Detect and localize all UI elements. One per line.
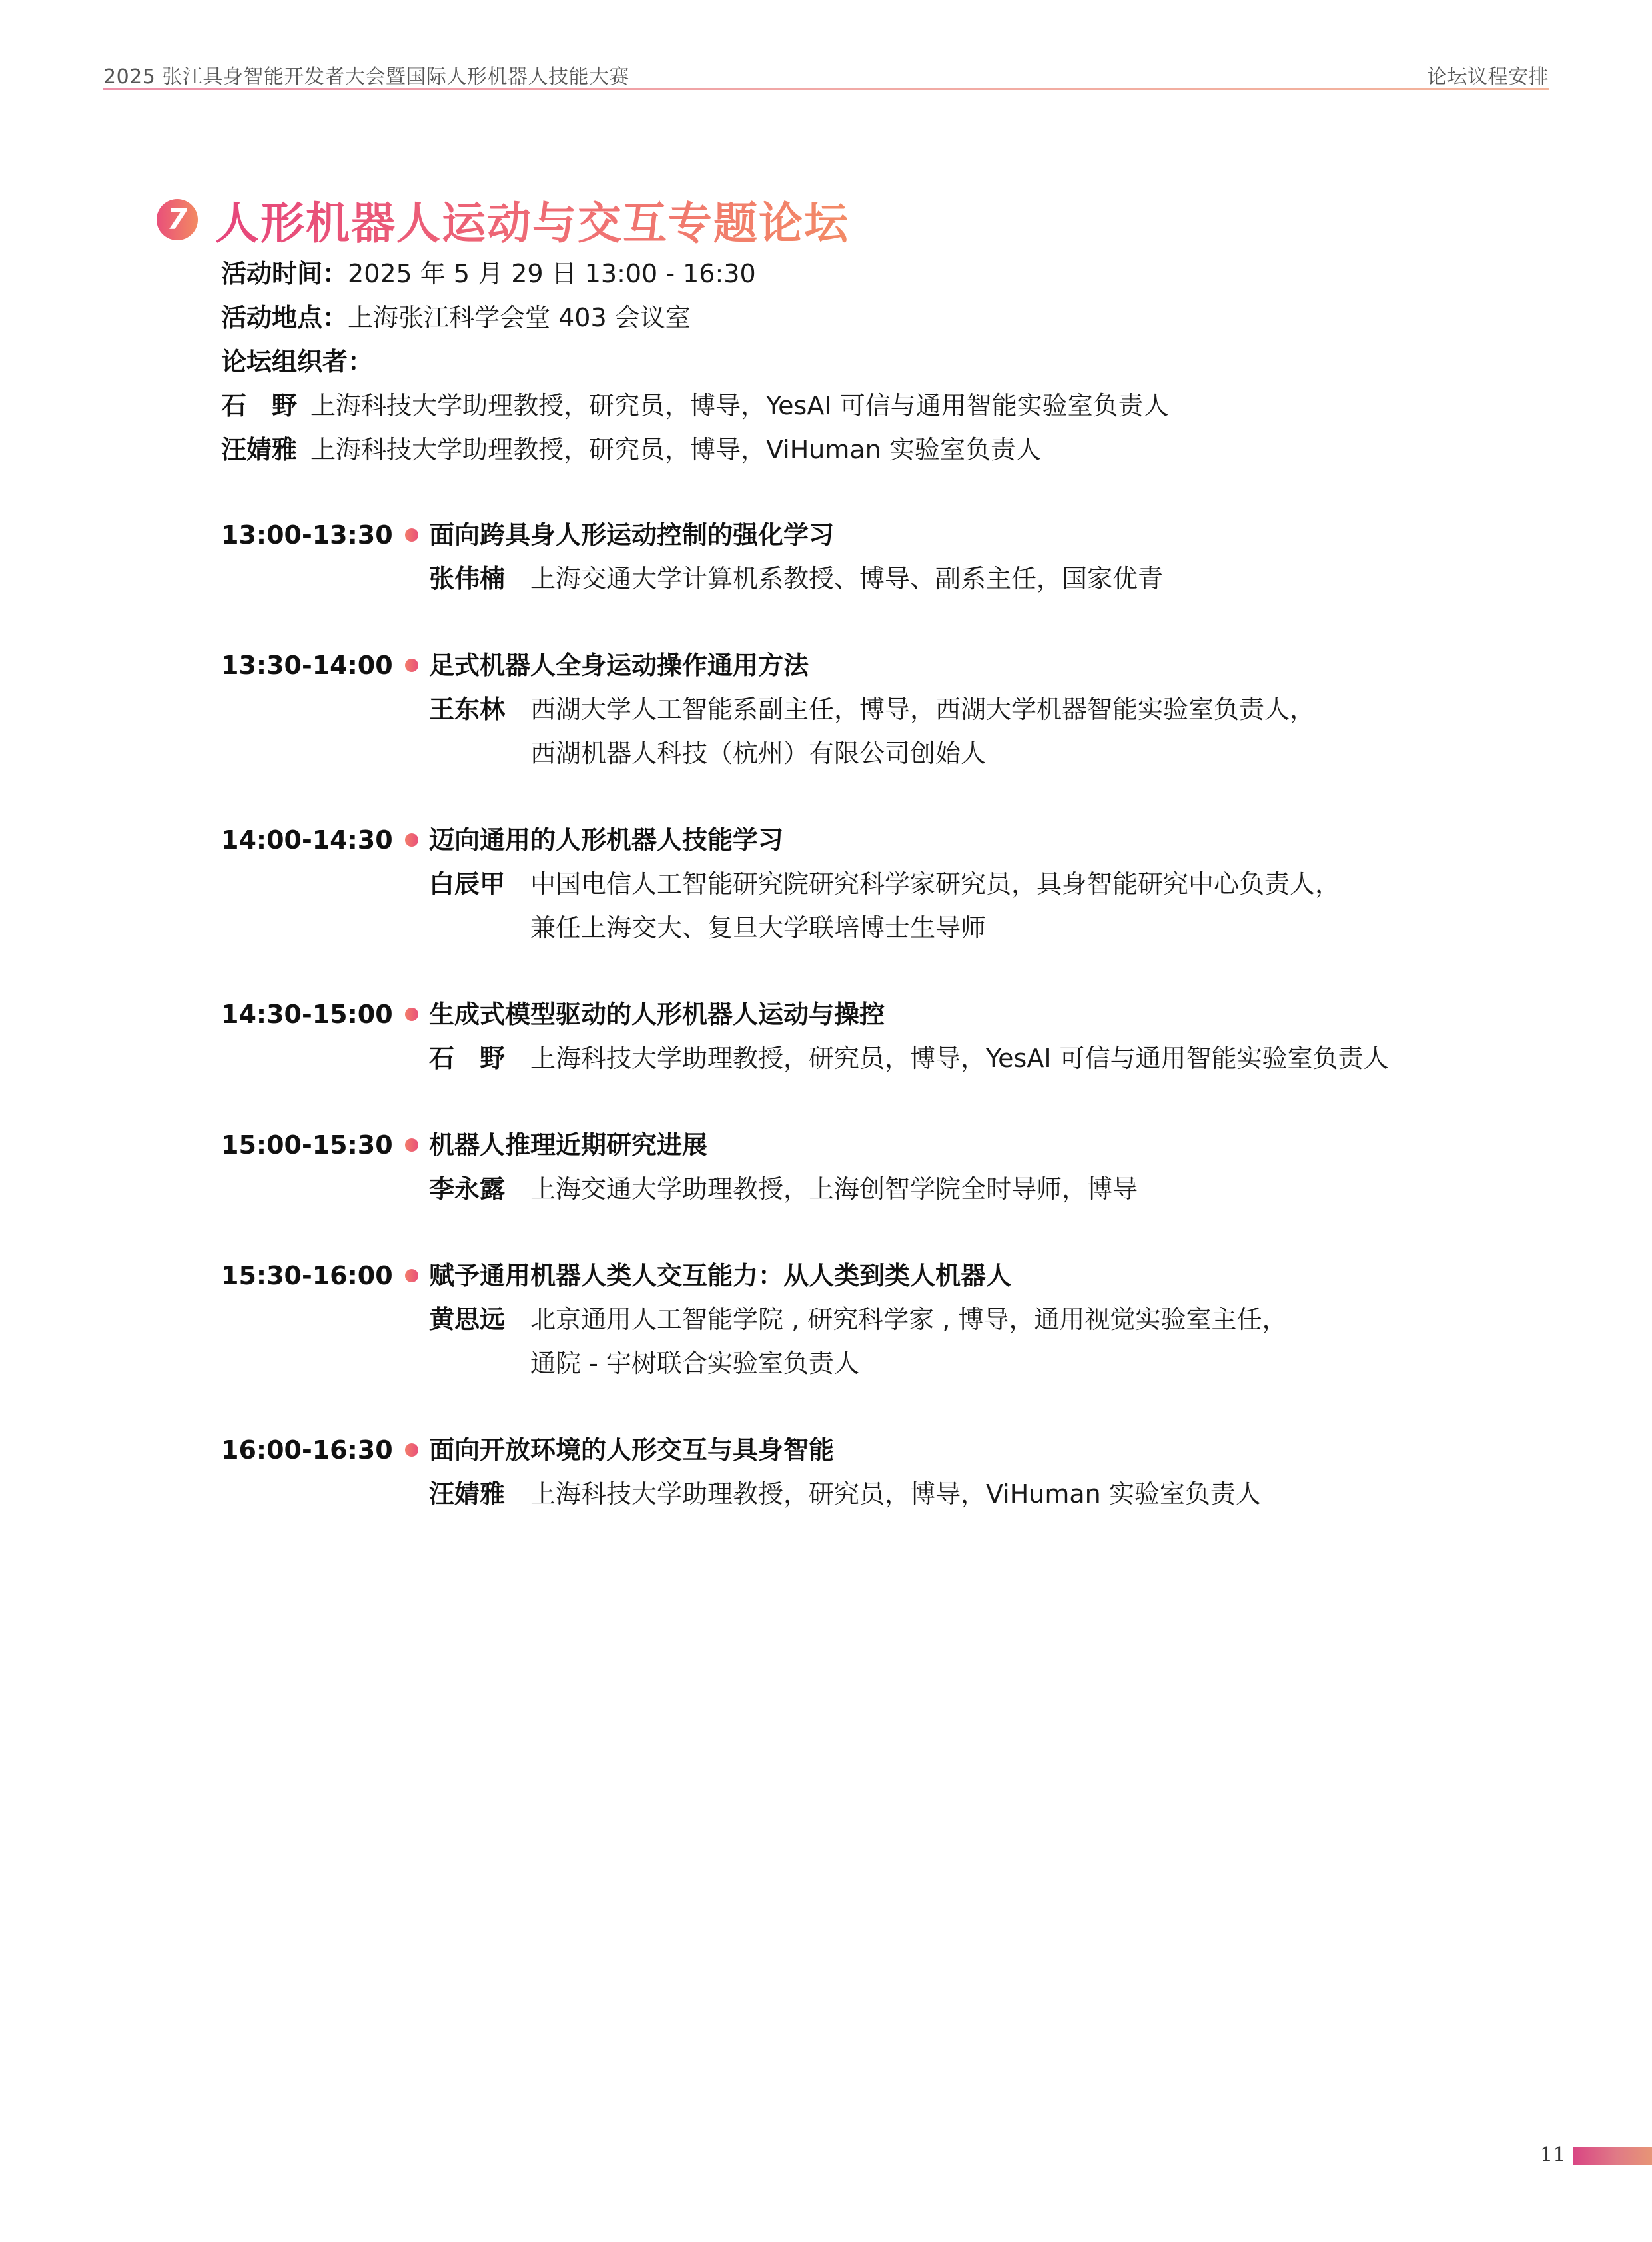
talk-title: 生成式模型驱动的人形机器人运动与操控 <box>429 992 1540 1036</box>
organizer-item: 石 野上海科技大学助理教授，研究员，博导，YesAI 可信与通用智能实验室负责人 <box>221 384 1169 428</box>
event-time-value: 2025 年 5 月 29 日 13:00 - 16:30 <box>348 259 756 288</box>
event-location-label: 活动地点： <box>221 303 348 332</box>
speaker: 张伟楠 上海交通大学计算机系教授、博导、副系主任，国家优青 <box>429 557 1540 601</box>
agenda-item: 15:30-16:00 赋予通用机器人类人交互能力：从人类到类人机器人 黄思远 … <box>221 1254 1540 1385</box>
section-label: 论坛议程安排 <box>1427 60 1549 89</box>
forum-info: 活动时间：2025 年 5 月 29 日 13:00 - 16:30 活动地点：… <box>221 252 1169 472</box>
agenda-item: 16:00-16:30 面向开放环境的人形交互与具身智能 汪婧雅 上海科技大学助… <box>221 1428 1540 1516</box>
speaker: 黄思远 北京通用人工智能学院 , 研究科学家 , 博导，通用视觉实验室主任， 通… <box>429 1298 1540 1385</box>
speaker-desc-line: 通院 - 宇树联合实验室负责人 <box>530 1341 1540 1385</box>
speaker-desc-line: 西湖机器人科技（杭州）有限公司创始人 <box>530 731 1540 775</box>
speaker-desc: 中国电信人工智能研究院研究科学家研究员，具身智能研究中心负责人， 兼任上海交大、… <box>530 862 1540 950</box>
speaker: 白辰甲 中国电信人工智能研究院研究科学家研究员，具身智能研究中心负责人， 兼任上… <box>429 862 1540 950</box>
speaker-desc-line: 北京通用人工智能学院 , 研究科学家 , 博导，通用视觉实验室主任， <box>530 1298 1540 1341</box>
speaker-desc-line: 西湖大学人工智能系副主任，博导，西湖大学机器智能实验室负责人， <box>530 687 1540 731</box>
page-header: 2025 张江具身智能开发者大会暨国际人形机器人技能大赛 论坛议程安排 <box>103 52 1549 89</box>
conference-title: 2025 张江具身智能开发者大会暨国际人形机器人技能大赛 <box>103 60 629 89</box>
section-title: 7 人形机器人运动与交互专题论坛 <box>157 188 849 251</box>
organizer-desc: 上海科技大学助理教授，研究员，博导，ViHuman 实验室负责人 <box>310 435 1041 464</box>
organizer-item: 汪婧雅上海科技大学助理教授，研究员，博导，ViHuman 实验室负责人 <box>221 428 1169 472</box>
speaker-desc: 上海交通大学助理教授，上海创智学院全时导师，博导 <box>530 1167 1540 1211</box>
speaker-desc-line: 中国电信人工智能研究院研究科学家研究员，具身智能研究中心负责人， <box>530 862 1540 906</box>
organizers-heading: 论坛组织者： <box>221 340 1169 384</box>
session-time: 14:30-15:00 <box>221 992 394 1080</box>
talk-title: 迈向通用的人形机器人技能学习 <box>429 818 1540 862</box>
speaker-name: 白辰甲 <box>429 862 530 950</box>
agenda-item: 15:00-15:30 机器人推理近期研究进展 李永露 上海交通大学助理教授，上… <box>221 1123 1540 1211</box>
page-number: 11 <box>1540 2143 1565 2167</box>
section-number-badge: 7 <box>157 199 198 240</box>
agenda-item: 13:30-14:00 足式机器人全身运动操作通用方法 王东林 西湖大学人工智能… <box>221 643 1540 775</box>
agenda-item: 14:00-14:30 迈向通用的人形机器人技能学习 白辰甲 中国电信人工智能研… <box>221 818 1540 950</box>
bullet-dot-icon <box>405 1008 418 1021</box>
speaker-name: 石 野 <box>429 1036 530 1080</box>
speaker-name: 张伟楠 <box>429 557 530 601</box>
organizer-desc: 上海科技大学助理教授，研究员，博导，YesAI 可信与通用智能实验室负责人 <box>310 391 1169 420</box>
talk-title: 机器人推理近期研究进展 <box>429 1123 1540 1167</box>
speaker: 汪婧雅 上海科技大学助理教授，研究员，博导，ViHuman 实验室负责人 <box>429 1472 1540 1516</box>
bullet-dot-icon <box>405 1138 418 1152</box>
speaker: 石 野 上海科技大学助理教授，研究员，博导，YesAI 可信与通用智能实验室负责… <box>429 1036 1540 1080</box>
event-time-label: 活动时间： <box>221 259 348 288</box>
speaker-desc: 上海科技大学助理教授，研究员，博导，ViHuman 实验室负责人 <box>530 1472 1540 1516</box>
bullet-dot-icon <box>405 1269 418 1282</box>
bullet-dot-icon <box>405 1443 418 1457</box>
header-divider <box>103 88 1549 90</box>
agenda-list: 13:00-13:30 面向跨具身人形运动控制的强化学习 张伟楠 上海交通大学计… <box>221 513 1540 1559</box>
session-time: 15:30-16:00 <box>221 1254 394 1385</box>
bullet-dot-icon <box>405 833 418 847</box>
talk-title: 足式机器人全身运动操作通用方法 <box>429 643 1540 687</box>
speaker: 李永露 上海交通大学助理教授，上海创智学院全时导师，博导 <box>429 1167 1540 1211</box>
footer-accent-bar <box>1573 2147 1652 2165</box>
event-location: 活动地点：上海张江科学会堂 403 会议室 <box>221 296 1169 340</box>
forum-heading: 人形机器人运动与交互专题论坛 <box>215 188 849 251</box>
session-time: 13:00-13:30 <box>221 513 394 601</box>
speaker-desc-line: 上海科技大学助理教授，研究员，博导，ViHuman 实验室负责人 <box>530 1472 1540 1516</box>
speaker-desc-line: 上海交通大学助理教授，上海创智学院全时导师，博导 <box>530 1167 1540 1211</box>
speaker-desc-line: 兼任上海交大、复旦大学联培博士生导师 <box>530 906 1540 950</box>
event-time: 活动时间：2025 年 5 月 29 日 13:00 - 16:30 <box>221 252 1169 296</box>
session-time: 15:00-15:30 <box>221 1123 394 1211</box>
speaker-name: 王东林 <box>429 687 530 775</box>
speaker-desc: 上海科技大学助理教授，研究员，博导，YesAI 可信与通用智能实验室负责人 <box>530 1036 1540 1080</box>
talk-title: 面向跨具身人形运动控制的强化学习 <box>429 513 1540 557</box>
speaker-desc: 西湖大学人工智能系副主任，博导，西湖大学机器智能实验室负责人， 西湖机器人科技（… <box>530 687 1540 775</box>
bullet-dot-icon <box>405 528 418 542</box>
agenda-item: 13:00-13:30 面向跨具身人形运动控制的强化学习 张伟楠 上海交通大学计… <box>221 513 1540 601</box>
agenda-item: 14:30-15:00 生成式模型驱动的人形机器人运动与操控 石 野 上海科技大… <box>221 992 1540 1080</box>
speaker-desc-line: 上海科技大学助理教授，研究员，博导，YesAI 可信与通用智能实验室负责人 <box>530 1036 1540 1080</box>
session-time: 13:30-14:00 <box>221 643 394 775</box>
event-location-value: 上海张江科学会堂 403 会议室 <box>348 303 691 332</box>
speaker-name: 汪婧雅 <box>429 1472 530 1516</box>
session-time: 14:00-14:30 <box>221 818 394 950</box>
speaker-name: 黄思远 <box>429 1298 530 1385</box>
organizer-name: 石 野 <box>221 384 301 428</box>
speaker-desc: 北京通用人工智能学院 , 研究科学家 , 博导，通用视觉实验室主任， 通院 - … <box>530 1298 1540 1385</box>
talk-title: 赋予通用机器人类人交互能力：从人类到类人机器人 <box>429 1254 1540 1298</box>
speaker-name: 李永露 <box>429 1167 530 1211</box>
session-time: 16:00-16:30 <box>221 1428 394 1516</box>
bullet-dot-icon <box>405 659 418 672</box>
speaker-desc: 上海交通大学计算机系教授、博导、副系主任，国家优青 <box>530 557 1540 601</box>
speaker-desc-line: 上海交通大学计算机系教授、博导、副系主任，国家优青 <box>530 557 1540 601</box>
organizer-name: 汪婧雅 <box>221 428 301 472</box>
speaker: 王东林 西湖大学人工智能系副主任，博导，西湖大学机器智能实验室负责人， 西湖机器… <box>429 687 1540 775</box>
organizers-label: 论坛组织者： <box>221 347 373 376</box>
talk-title: 面向开放环境的人形交互与具身智能 <box>429 1428 1540 1472</box>
